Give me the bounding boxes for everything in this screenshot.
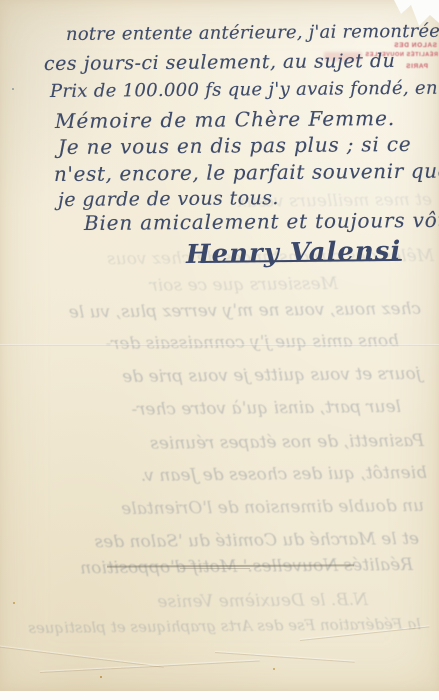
bleedthrough-line: N.B. le Deuxième Venise	[157, 590, 368, 612]
verso-underline	[180, 568, 250, 569]
letter-page: SALON DES RÉALITÉS NOUVELLES PARIS et me…	[0, 0, 439, 691]
handwritten-line-5: Je ne vous en dis pas plus ; si ce	[58, 132, 412, 159]
bleedthrough-line: et le Marché du Comité du 'Salon des	[94, 529, 419, 552]
bleedthrough-line: jours et vous quitte je vous prie de	[122, 364, 421, 387]
letterhead-bleed-line: SALON DES	[394, 42, 437, 49]
handwritten-line-8: Bien amicalement et toujours vôtre	[84, 208, 439, 235]
bleedthrough-line: Messieurs que ce soir	[149, 274, 338, 296]
bleedthrough-line: un double dimension de l'Orientale	[121, 496, 424, 519]
letterhead-bleed-line: PARIS	[406, 63, 428, 70]
bleedthrough-line: bons amis que j'y connaissais der-	[105, 331, 399, 354]
paper-speck	[273, 668, 275, 670]
bleedthrough-line: Pasinetti, de nos étapes réunies	[150, 431, 424, 454]
wrinkle-crease	[0, 646, 164, 668]
paper-speck	[100, 676, 102, 678]
wrinkle-crease	[40, 660, 260, 673]
bleedthrough-line: leur part, ainsi qu'à votre cher-	[131, 397, 401, 420]
fold-crease	[0, 344, 439, 346]
bleedthrough-line: bientôt, qui des choses de Jean v.	[141, 463, 427, 486]
bleedthrough-line: chez nous, vous ne m'y verrez plus, vu l…	[69, 299, 421, 323]
handwritten-line-6: n'est, encore, le parfait souvenir que	[54, 159, 439, 186]
scanned-letter: SALON DES RÉALITÉS NOUVELLES PARIS et me…	[0, 0, 439, 700]
handwritten-line-3: Prix de 100.000 fs que j'y avais fondé, …	[50, 78, 438, 102]
handwritten-line-2: ces jours-ci seulement, au sujet du	[44, 50, 396, 75]
signature: Henry Valensi	[186, 236, 402, 270]
signature-ink-dot	[366, 249, 369, 252]
paper-speck	[13, 602, 15, 604]
handwritten-line-1: notre entente antérieure, j'ai remontrée…	[66, 21, 439, 45]
handwritten-line-7: je garde de vous tous.	[58, 187, 279, 211]
paper-speck	[12, 88, 14, 90]
handwritten-line-4: Mémoire de ma Chère Femme.	[55, 106, 395, 133]
